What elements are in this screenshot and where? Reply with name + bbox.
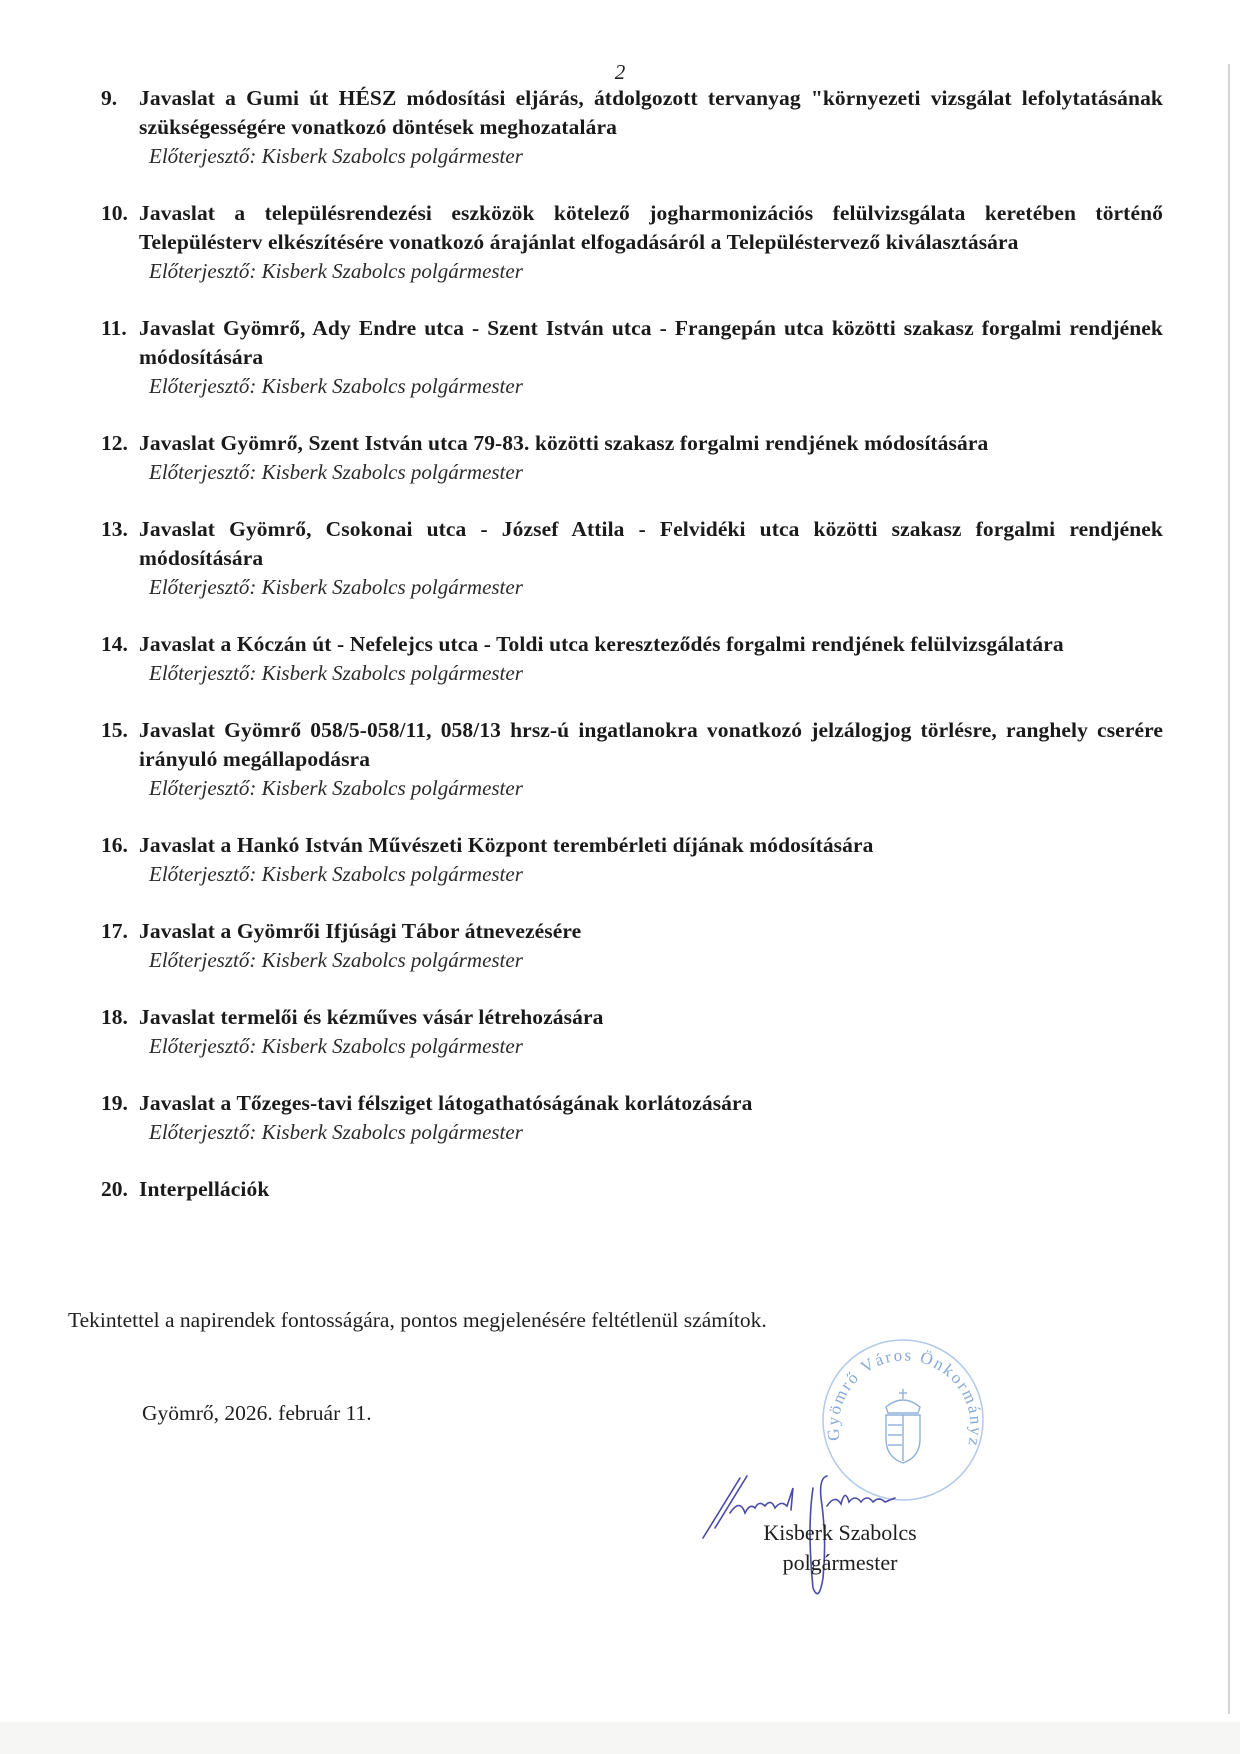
agenda-item-number: 9. xyxy=(101,84,139,170)
agenda-item-body: Javaslat termelői és kézműves vásár létr… xyxy=(139,1003,1163,1060)
agenda-item-body: Javaslat a Gumi út HÉSZ módosítási eljár… xyxy=(139,84,1163,170)
agenda-item-body: Javaslat Gyömrő 058/5-058/11, 058/13 hrs… xyxy=(139,716,1163,802)
agenda-item-number: 19. xyxy=(101,1089,139,1146)
agenda-item-number: 16. xyxy=(101,831,139,888)
agenda-item-body: Javaslat a Gyömrői Ifjúsági Tábor átneve… xyxy=(139,917,1163,974)
agenda-item-presenter: Előterjesztő: Kisberk Szabolcs polgármes… xyxy=(139,946,1163,974)
agenda-item-body: Javaslat Gyömrő, Ady Endre utca - Szent … xyxy=(139,314,1163,400)
page-number: 2 xyxy=(0,60,1240,85)
agenda-item-title: Javaslat Gyömrő 058/5-058/11, 058/13 hrs… xyxy=(139,716,1163,774)
agenda-item-title: Interpellációk xyxy=(139,1175,1163,1204)
agenda-item-number: 10. xyxy=(101,199,139,285)
agenda-item: 13. Javaslat Gyömrő, Csokonai utca - Józ… xyxy=(101,515,1163,601)
agenda-item: 16. Javaslat a Hankó István Művészeti Kö… xyxy=(101,831,1163,888)
agenda-item-number: 18. xyxy=(101,1003,139,1060)
agenda-item-number: 13. xyxy=(101,515,139,601)
agenda-item-title: Javaslat a Tőzeges-tavi félsziget látoga… xyxy=(139,1089,1163,1118)
agenda-item: 10. Javaslat a településrendezési eszköz… xyxy=(101,199,1163,285)
agenda-item-presenter: Előterjesztő: Kisberk Szabolcs polgármes… xyxy=(139,1118,1163,1146)
agenda-item-presenter: Előterjesztő: Kisberk Szabolcs polgármes… xyxy=(139,458,1163,486)
agenda-item-presenter: Előterjesztő: Kisberk Szabolcs polgármes… xyxy=(139,774,1163,802)
agenda-item-title: Javaslat Gyömrő, Szent István utca 79-83… xyxy=(139,429,1163,458)
agenda-item-body: Javaslat Gyömrő, Szent István utca 79-83… xyxy=(139,429,1163,486)
agenda-item-body: Javaslat a Kóczán út - Nefelejcs utca - … xyxy=(139,630,1163,687)
agenda-item-number: 20. xyxy=(101,1175,139,1204)
agenda-item-title: Javaslat a településrendezési eszközök k… xyxy=(139,199,1163,257)
agenda-item-presenter: Előterjesztő: Kisberk Szabolcs polgármes… xyxy=(139,257,1163,285)
agenda-item: 9. Javaslat a Gumi út HÉSZ módosítási el… xyxy=(101,84,1163,170)
closing-text: Tekintettel a napirendek fontosságára, p… xyxy=(68,1308,767,1333)
agenda-item-body: Javaslat a Tőzeges-tavi félsziget látoga… xyxy=(139,1089,1163,1146)
agenda-item-presenter: Előterjesztő: Kisberk Szabolcs polgármes… xyxy=(139,659,1163,687)
agenda-item-number: 12. xyxy=(101,429,139,486)
agenda-item: 11. Javaslat Gyömrő, Ady Endre utca - Sz… xyxy=(101,314,1163,400)
agenda-item-body: Javaslat Gyömrő, Csokonai utca - József … xyxy=(139,515,1163,601)
agenda-item-presenter: Előterjesztő: Kisberk Szabolcs polgármes… xyxy=(139,142,1163,170)
agenda-item-body: Interpellációk xyxy=(139,1175,1163,1204)
agenda-item-presenter: Előterjesztő: Kisberk Szabolcs polgármes… xyxy=(139,573,1163,601)
agenda-item-title: Javaslat a Gumi út HÉSZ módosítási eljár… xyxy=(139,84,1163,142)
scan-edge-line xyxy=(1228,64,1230,1714)
agenda-item: 18. Javaslat termelői és kézműves vásár … xyxy=(101,1003,1163,1060)
signer-block: Kisberk Szabolcs polgármester xyxy=(735,1518,945,1578)
agenda-item-body: Javaslat a Hankó István Művészeti Közpon… xyxy=(139,831,1163,888)
signer-title: polgármester xyxy=(735,1548,945,1578)
agenda-item: 14. Javaslat a Kóczán út - Nefelejcs utc… xyxy=(101,630,1163,687)
scan-bottom-shade xyxy=(0,1722,1240,1754)
agenda-item-title: Javaslat a Hankó István Művészeti Közpon… xyxy=(139,831,1163,860)
agenda-item-body: Javaslat a településrendezési eszközök k… xyxy=(139,199,1163,285)
agenda-item-title: Javaslat a Gyömrői Ifjúsági Tábor átneve… xyxy=(139,917,1163,946)
agenda-item-title: Javaslat a Kóczán út - Nefelejcs utca - … xyxy=(139,630,1163,659)
agenda-item-title: Javaslat Gyömrő, Ady Endre utca - Szent … xyxy=(139,314,1163,372)
place-date: Gyömrő, 2026. február 11. xyxy=(142,1401,372,1426)
agenda-item: 19. Javaslat a Tőzeges-tavi félsziget lá… xyxy=(101,1089,1163,1146)
signer-name: Kisberk Szabolcs xyxy=(735,1518,945,1548)
agenda-item-title: Javaslat Gyömrő, Csokonai utca - József … xyxy=(139,515,1163,573)
agenda-item: 15. Javaslat Gyömrő 058/5-058/11, 058/13… xyxy=(101,716,1163,802)
agenda-item-number: 11. xyxy=(101,314,139,400)
agenda-item-number: 14. xyxy=(101,630,139,687)
agenda-item-presenter: Előterjesztő: Kisberk Szabolcs polgármes… xyxy=(139,372,1163,400)
hungarian-coat-of-arms-icon xyxy=(886,1389,920,1463)
agenda-item-presenter: Előterjesztő: Kisberk Szabolcs polgármes… xyxy=(139,860,1163,888)
agenda-item: 12. Javaslat Gyömrő, Szent István utca 7… xyxy=(101,429,1163,486)
agenda-item-number: 15. xyxy=(101,716,139,802)
agenda-item: 17. Javaslat a Gyömrői Ifjúsági Tábor át… xyxy=(101,917,1163,974)
agenda-list: 9. Javaslat a Gumi út HÉSZ módosítási el… xyxy=(101,84,1163,1233)
agenda-item-title: Javaslat termelői és kézműves vásár létr… xyxy=(139,1003,1163,1032)
agenda-item: 20. Interpellációk xyxy=(101,1175,1163,1204)
agenda-item-number: 17. xyxy=(101,917,139,974)
agenda-item-presenter: Előterjesztő: Kisberk Szabolcs polgármes… xyxy=(139,1032,1163,1060)
